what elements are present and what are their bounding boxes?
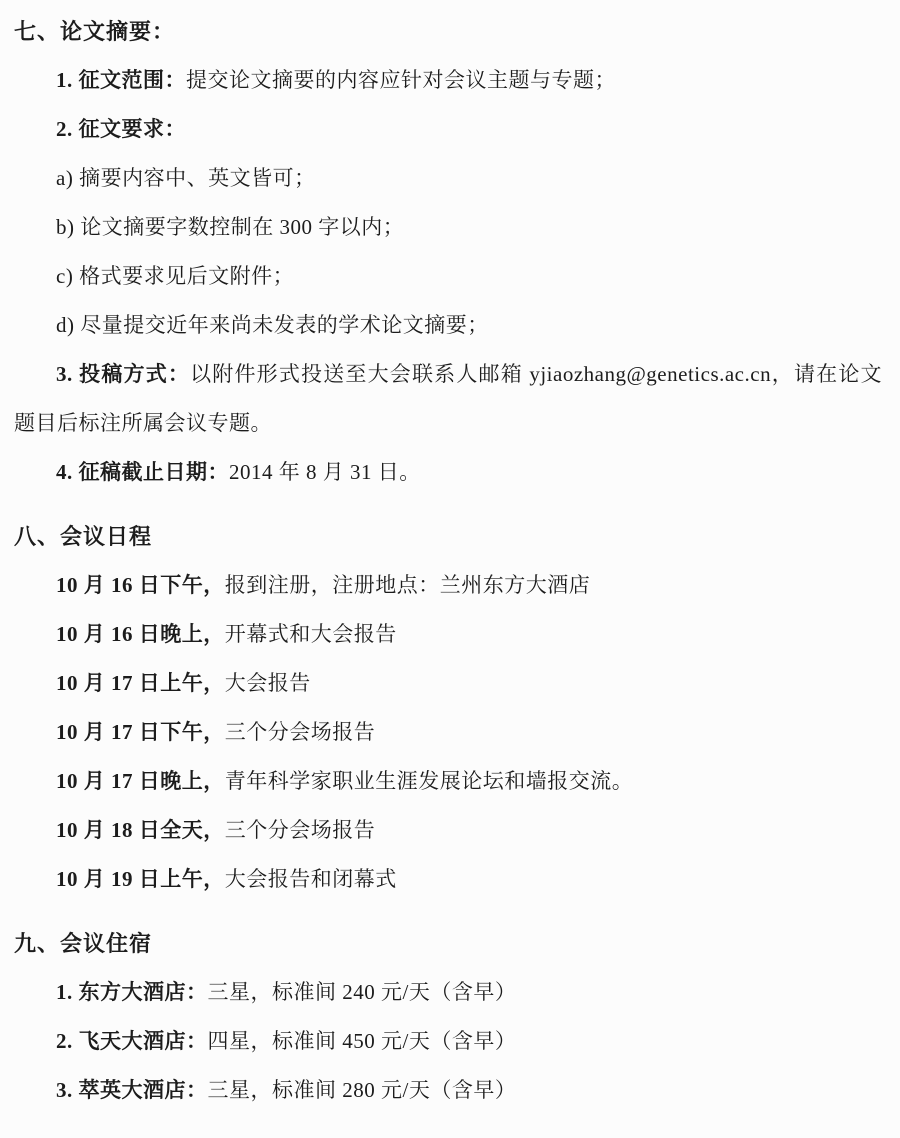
schedule-text: 青年科学家职业生涯发展论坛和墙报交流。 (225, 769, 634, 793)
schedule-oct18-allday: 10 月 18 日全天，三个分会场报告 (14, 806, 882, 855)
hotel-cuiying: 3. 萃英大酒店：三星，标准间 280 元/天（含早） (14, 1066, 882, 1115)
schedule-text: 三个分会场报告 (225, 720, 376, 744)
schedule-text: 大会报告和闭幕式 (225, 867, 397, 891)
document-page: 七、论文摘要： 1. 征文范围：提交论文摘要的内容应针对会议主题与专题； 2. … (0, 0, 900, 1138)
schedule-text: 开幕式和大会报告 (225, 622, 397, 646)
schedule-date-label: 10 月 17 日上午， (56, 671, 225, 695)
schedule-text: 大会报告 (225, 671, 311, 695)
schedule-oct17-evening: 10 月 17 日晚上，青年科学家职业生涯发展论坛和墙报交流。 (14, 757, 882, 806)
item-label: 1. 征文范围： (56, 68, 186, 92)
schedule-date-label: 10 月 17 日下午， (56, 720, 225, 744)
section-heading-schedule: 八、会议日程 (14, 512, 882, 561)
item-req-d: d) 尽量提交近年来尚未发表的学术论文摘要； (14, 301, 882, 350)
section-heading-accommodation: 九、会议住宿 (14, 919, 882, 968)
item-text: b) 论文摘要字数控制在 300 字以内； (56, 215, 404, 239)
schedule-date-label: 10 月 18 日全天， (56, 818, 225, 842)
item-text: 提交论文摘要的内容应针对会议主题与专题； (186, 68, 616, 92)
section-heading-abstracts: 七、论文摘要： (14, 7, 882, 56)
item-label: 3. 投稿方式： (56, 362, 190, 386)
hotel-rate-text: 四星，标准间 450 元/天（含早） (208, 1029, 517, 1053)
schedule-date-label: 10 月 16 日晚上， (56, 622, 225, 646)
hotel-rate-text: 三星，标准间 240 元/天（含早） (208, 980, 517, 1004)
schedule-oct19-am: 10 月 19 日上午，大会报告和闭幕式 (14, 855, 882, 904)
hotel-rate-text: 三星，标准间 280 元/天（含早） (208, 1078, 517, 1102)
item-text: c) 格式要求见后文附件； (56, 264, 294, 288)
item-req-b: b) 论文摘要字数控制在 300 字以内； (14, 203, 882, 252)
hotel-name-label: 1. 东方大酒店： (56, 980, 208, 1004)
hotel-name-label: 2. 飞天大酒店： (56, 1029, 208, 1053)
item-call-requirements: 2. 征文要求： (14, 105, 882, 154)
schedule-oct17-am: 10 月 17 日上午，大会报告 (14, 659, 882, 708)
schedule-oct16-pm: 10 月 16 日下午，报到注册，注册地点：兰州东方大酒店 (14, 561, 882, 610)
hotel-dongfang: 1. 东方大酒店：三星，标准间 240 元/天（含早） (14, 968, 882, 1017)
item-call-scope: 1. 征文范围：提交论文摘要的内容应针对会议主题与专题； (14, 56, 882, 105)
hotel-feitian: 2. 飞天大酒店：四星，标准间 450 元/天（含早） (14, 1017, 882, 1066)
item-label: 2. 征文要求： (56, 117, 186, 141)
schedule-text: 三个分会场报告 (225, 818, 376, 842)
schedule-date-label: 10 月 19 日上午， (56, 867, 225, 891)
item-text: d) 尽量提交近年来尚未发表的学术论文摘要； (56, 313, 489, 337)
item-text: 2014 年 8 月 31 日。 (229, 460, 421, 484)
hotel-name-label: 3. 萃英大酒店： (56, 1078, 208, 1102)
schedule-date-label: 10 月 17 日晚上， (56, 769, 225, 793)
item-deadline: 4. 征稿截止日期：2014 年 8 月 31 日。 (14, 448, 882, 497)
item-req-c: c) 格式要求见后文附件； (14, 252, 882, 301)
item-text: a) 摘要内容中、英文皆可； (56, 166, 316, 190)
schedule-oct17-pm: 10 月 17 日下午，三个分会场报告 (14, 708, 882, 757)
item-req-a: a) 摘要内容中、英文皆可； (14, 154, 882, 203)
schedule-text: 报到注册，注册地点：兰州东方大酒店 (225, 573, 591, 597)
item-submission-method: 3. 投稿方式：以附件形式投送至大会联系人邮箱 yjiaozhang@genet… (14, 350, 882, 448)
schedule-date-label: 10 月 16 日下午， (56, 573, 225, 597)
item-label: 4. 征稿截止日期： (56, 460, 229, 484)
schedule-oct16-evening: 10 月 16 日晚上，开幕式和大会报告 (14, 610, 882, 659)
